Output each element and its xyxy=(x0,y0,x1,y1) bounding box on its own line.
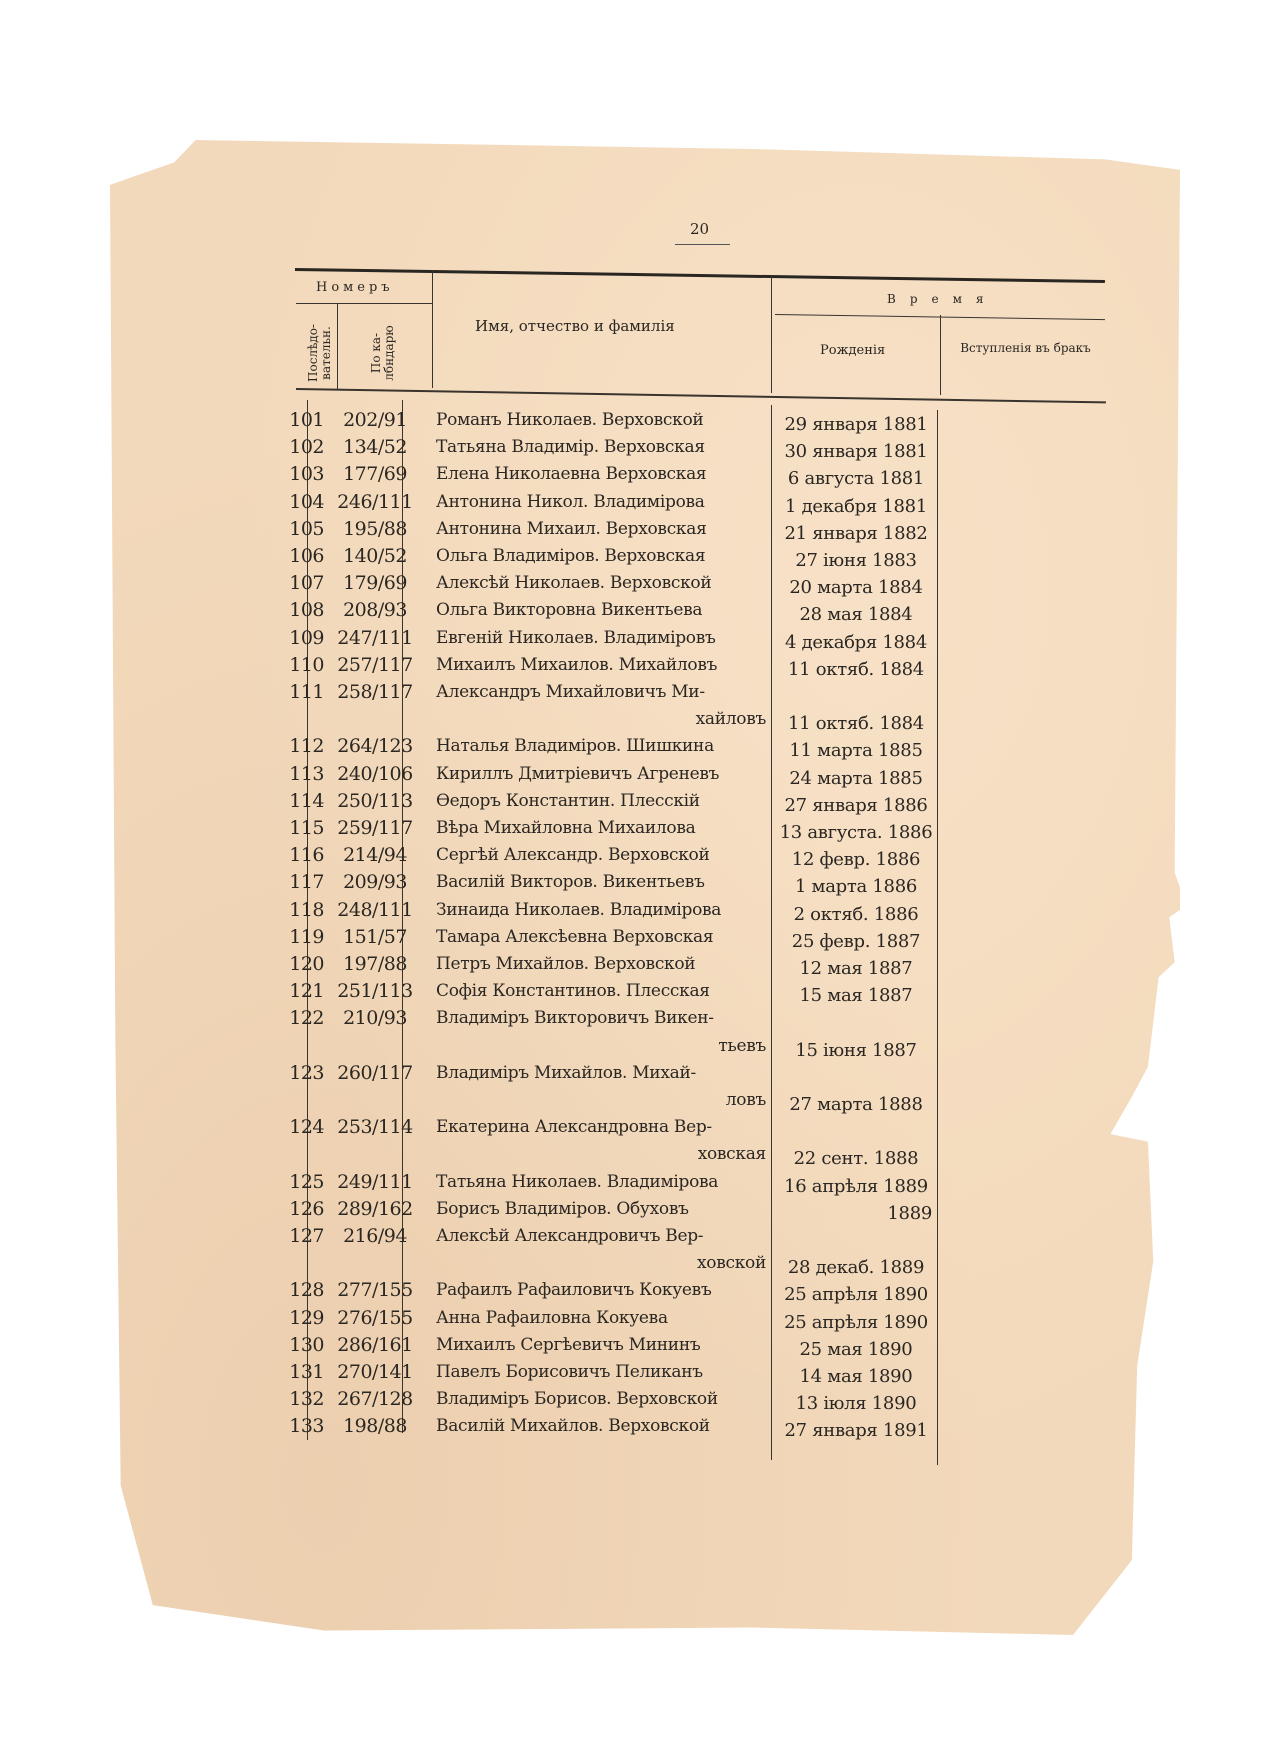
person-name: Василій Викторов. Викентьевъ xyxy=(436,869,766,896)
sequential-number: 125 xyxy=(282,1169,324,1196)
number-group-rule xyxy=(296,303,432,304)
table-row: 108208/93Ольга Викторовна Викентьева28 м… xyxy=(0,597,1275,624)
calendar-number: 208/93 xyxy=(326,597,424,624)
table-row: 102134/52Татьяна Владимір. Верховская30 … xyxy=(0,434,1275,461)
table-row: 114250/113Ѳедоръ Константин. Плесскій27 … xyxy=(0,788,1275,815)
table-row: 104246/111Антонина Никол. Владимірова1 д… xyxy=(0,489,1275,516)
header-time-group: Время xyxy=(887,292,998,306)
table-row: 117209/93Василій Викторов. Викентьевъ1 м… xyxy=(0,869,1275,896)
header-marriage: Вступленія въ бракъ xyxy=(958,337,1093,359)
birth-date: 27 января 1891 xyxy=(772,1417,940,1444)
calendar-number: 257/117 xyxy=(326,652,424,679)
table-row: 132267/128Владиміръ Борисов. Верховской1… xyxy=(0,1386,1275,1413)
calendar-number: 179/69 xyxy=(326,570,424,597)
header-calendar: По ка-лбндарю xyxy=(370,313,400,393)
person-name: Екатерина Александровна Вер- xyxy=(436,1114,766,1141)
calendar-number: 250/113 xyxy=(326,788,424,815)
person-name: Алексѣй Александровичъ Вер- xyxy=(436,1223,766,1250)
calendar-number: 197/88 xyxy=(326,951,424,978)
calendar-number: 249/111 xyxy=(326,1169,424,1196)
person-name: Анна Рафаиловна Кокуева xyxy=(436,1305,766,1332)
sequential-number: 102 xyxy=(282,434,324,461)
person-name: Рафаилъ Рафаиловичъ Кокуевъ xyxy=(436,1277,766,1304)
sequential-number: 112 xyxy=(282,733,324,760)
person-name: Ѳедоръ Константин. Плесскій xyxy=(436,788,766,815)
sequential-number: 113 xyxy=(282,761,324,788)
sequential-number: 104 xyxy=(282,489,324,516)
sequential-number: 110 xyxy=(282,652,324,679)
table-row: 118248/111Зинаида Николаев. Владимірова2… xyxy=(0,897,1275,924)
person-name: Владиміръ Михайлов. Михай- xyxy=(436,1060,766,1087)
person-name: Евгеній Николаев. Владиміровъ xyxy=(436,625,766,652)
table-row: 113240/106Кириллъ Дмитріевичъ Агреневъ24… xyxy=(0,761,1275,788)
sequential-number: 109 xyxy=(282,625,324,652)
sequential-number: 123 xyxy=(282,1060,324,1087)
header-name: Имя, отчество и фамилія xyxy=(475,317,675,335)
table-row: 133198/88Василій Михайлов. Верховской27 … xyxy=(0,1413,1275,1440)
person-name: Борисъ Владиміров. Обуховъ xyxy=(436,1196,766,1223)
sequential-number: 128 xyxy=(282,1277,324,1304)
table-row: 126289/162Борисъ Владиміров. Обуховъ1889 xyxy=(0,1196,1275,1223)
calendar-number: 247/111 xyxy=(326,625,424,652)
person-name: Елена Николаевна Верховская xyxy=(436,461,766,488)
sequential-number: 118 xyxy=(282,897,324,924)
sequential-number: 106 xyxy=(282,543,324,570)
table-row: 128277/155Рафаилъ Рафаиловичъ Кокуевъ25 … xyxy=(0,1277,1275,1304)
calendar-number: 210/93 xyxy=(326,1005,424,1032)
page-number-rule xyxy=(675,244,730,245)
person-name-continuation: ховская xyxy=(436,1141,766,1168)
table-row: 122210/93Владиміръ Викторовичъ Викен-тье… xyxy=(0,1005,1275,1059)
calendar-number: 151/57 xyxy=(326,924,424,951)
table-row: 116214/94Сергѣй Александр. Верховской12 … xyxy=(0,842,1275,869)
person-name: Кириллъ Дмитріевичъ Агреневъ xyxy=(436,761,766,788)
calendar-number: 240/106 xyxy=(326,761,424,788)
table-row: 124253/114Екатерина Александровна Вер-хо… xyxy=(0,1114,1275,1168)
table-row: 115259/117Вѣра Михайловна Михаилова13 ав… xyxy=(0,815,1275,842)
table-row: 112264/123Наталья Владиміров. Шишкина11 … xyxy=(0,733,1275,760)
person-name: Антонина Михаил. Верховская xyxy=(436,516,766,543)
calendar-number: 260/117 xyxy=(326,1060,424,1087)
calendar-number: 198/88 xyxy=(326,1413,424,1440)
calendar-number: 270/141 xyxy=(326,1359,424,1386)
table-row: 127216/94Алексѣй Александровичъ Вер-ховс… xyxy=(0,1223,1275,1277)
header-sequential: Послѣдо-вательн. xyxy=(307,313,337,393)
person-name: Ольга Владиміров. Верховская xyxy=(436,543,766,570)
person-name: Зинаида Николаев. Владимірова xyxy=(436,897,766,924)
calendar-number: 277/155 xyxy=(326,1277,424,1304)
person-name: Петръ Михайлов. Верховской xyxy=(436,951,766,978)
sequential-number: 122 xyxy=(282,1005,324,1032)
table-row: 121251/113Софія Константинов. Плесская15… xyxy=(0,978,1275,1005)
person-name: Владиміръ Викторовичъ Викен- xyxy=(436,1005,766,1032)
person-name-continuation: тьевъ xyxy=(436,1033,766,1060)
table-row: 111258/117Александръ Михайловичъ Ми-хайл… xyxy=(0,679,1275,733)
person-name: Сергѣй Александр. Верховской xyxy=(436,842,766,869)
person-name: Татьяна Николаев. Владимірова xyxy=(436,1169,766,1196)
calendar-number: 140/52 xyxy=(326,543,424,570)
header-birth: Рожденія xyxy=(820,343,885,358)
header-divider-2 xyxy=(432,270,433,388)
sequential-number: 127 xyxy=(282,1223,324,1250)
sequential-number: 107 xyxy=(282,570,324,597)
person-name: Антонина Никол. Владимірова xyxy=(436,489,766,516)
sequential-number: 129 xyxy=(282,1305,324,1332)
calendar-number: 253/114 xyxy=(326,1114,424,1141)
calendar-number: 267/128 xyxy=(326,1386,424,1413)
calendar-number: 209/93 xyxy=(326,869,424,896)
calendar-number: 177/69 xyxy=(326,461,424,488)
sequential-number: 115 xyxy=(282,815,324,842)
person-name: Тамара Алексѣевна Верховская xyxy=(436,924,766,951)
table-row: 110257/117Михаилъ Михаилов. Михайловъ11 … xyxy=(0,652,1275,679)
person-name-continuation: ловъ xyxy=(436,1087,766,1114)
table-row: 109247/111Евгеній Николаев. Владиміровъ4… xyxy=(0,625,1275,652)
table-row: 125249/111Татьяна Николаев. Владимірова1… xyxy=(0,1169,1275,1196)
calendar-number: 264/123 xyxy=(326,733,424,760)
header-divider-3 xyxy=(771,275,772,393)
calendar-number: 134/52 xyxy=(326,434,424,461)
person-name: Павелъ Борисовичъ Пеликанъ xyxy=(436,1359,766,1386)
calendar-number: 214/94 xyxy=(326,842,424,869)
person-name-continuation: хайловъ xyxy=(436,706,766,733)
sequential-number: 117 xyxy=(282,869,324,896)
person-name: Софія Константинов. Плесская xyxy=(436,978,766,1005)
page-number: 20 xyxy=(690,220,709,238)
sequential-number: 121 xyxy=(282,978,324,1005)
person-name-continuation: ховской xyxy=(436,1250,766,1277)
table-row: 119151/57Тамара Алексѣевна Верховская25 … xyxy=(0,924,1275,951)
calendar-number: 202/91 xyxy=(326,407,424,434)
table-row: 105195/88Антонина Михаил. Верховская21 я… xyxy=(0,516,1275,543)
person-name: Александръ Михайловичъ Ми- xyxy=(436,679,766,706)
table-row: 103177/69Елена Николаевна Верховская6 ав… xyxy=(0,461,1275,488)
sequential-number: 105 xyxy=(282,516,324,543)
calendar-number: 259/117 xyxy=(326,815,424,842)
sequential-number: 133 xyxy=(282,1413,324,1440)
header-divider-4 xyxy=(940,315,941,395)
calendar-number: 276/155 xyxy=(326,1305,424,1332)
sequential-number: 103 xyxy=(282,461,324,488)
calendar-number: 216/94 xyxy=(326,1223,424,1250)
calendar-number: 286/161 xyxy=(326,1332,424,1359)
sequential-number: 111 xyxy=(282,679,324,706)
table-row: 120197/88Петръ Михайлов. Верховской12 ма… xyxy=(0,951,1275,978)
table-row: 101202/91Романъ Николаев. Верховской29 я… xyxy=(0,407,1275,434)
person-name: Романъ Николаев. Верховской xyxy=(436,407,766,434)
sequential-number: 108 xyxy=(282,597,324,624)
table-row: 107179/69Алексѣй Николаев. Верховской20 … xyxy=(0,570,1275,597)
person-name: Михаилъ Михаилов. Михайловъ xyxy=(436,652,766,679)
calendar-number: 248/111 xyxy=(326,897,424,924)
sequential-number: 116 xyxy=(282,842,324,869)
person-name: Василій Михайлов. Верховской xyxy=(436,1413,766,1440)
calendar-number: 195/88 xyxy=(326,516,424,543)
table-row: 130286/161Михаилъ Сергѣевичъ Мининъ25 ма… xyxy=(0,1332,1275,1359)
person-name: Вѣра Михайловна Михаилова xyxy=(436,815,766,842)
calendar-number: 246/111 xyxy=(326,489,424,516)
person-name: Наталья Владиміров. Шишкина xyxy=(436,733,766,760)
header-divider-1 xyxy=(337,303,338,389)
person-name: Татьяна Владимір. Верховская xyxy=(436,434,766,461)
calendar-number: 258/117 xyxy=(326,679,424,706)
sequential-number: 114 xyxy=(282,788,324,815)
sequential-number: 126 xyxy=(282,1196,324,1223)
sequential-number: 130 xyxy=(282,1332,324,1359)
header-number-group: Номеръ xyxy=(316,280,394,295)
sequential-number: 119 xyxy=(282,924,324,951)
person-name: Владиміръ Борисов. Верховской xyxy=(436,1386,766,1413)
sequential-number: 120 xyxy=(282,951,324,978)
sequential-number: 131 xyxy=(282,1359,324,1386)
sequential-number: 124 xyxy=(282,1114,324,1141)
person-name: Алексѣй Николаев. Верховской xyxy=(436,570,766,597)
person-name: Ольга Викторовна Викентьева xyxy=(436,597,766,624)
person-name: Михаилъ Сергѣевичъ Мининъ xyxy=(436,1332,766,1359)
calendar-number: 289/162 xyxy=(326,1196,424,1223)
table-row: 131270/141Павелъ Борисовичъ Пеликанъ14 м… xyxy=(0,1359,1275,1386)
table-row: 123260/117Владиміръ Михайлов. Михай-ловъ… xyxy=(0,1060,1275,1114)
sequential-number: 132 xyxy=(282,1386,324,1413)
sequential-number: 101 xyxy=(282,407,324,434)
table-row: 129276/155Анна Рафаиловна Кокуева25 апрѣ… xyxy=(0,1305,1275,1332)
calendar-number: 251/113 xyxy=(326,978,424,1005)
table-row: 106140/52Ольга Владиміров. Верховская27 … xyxy=(0,543,1275,570)
